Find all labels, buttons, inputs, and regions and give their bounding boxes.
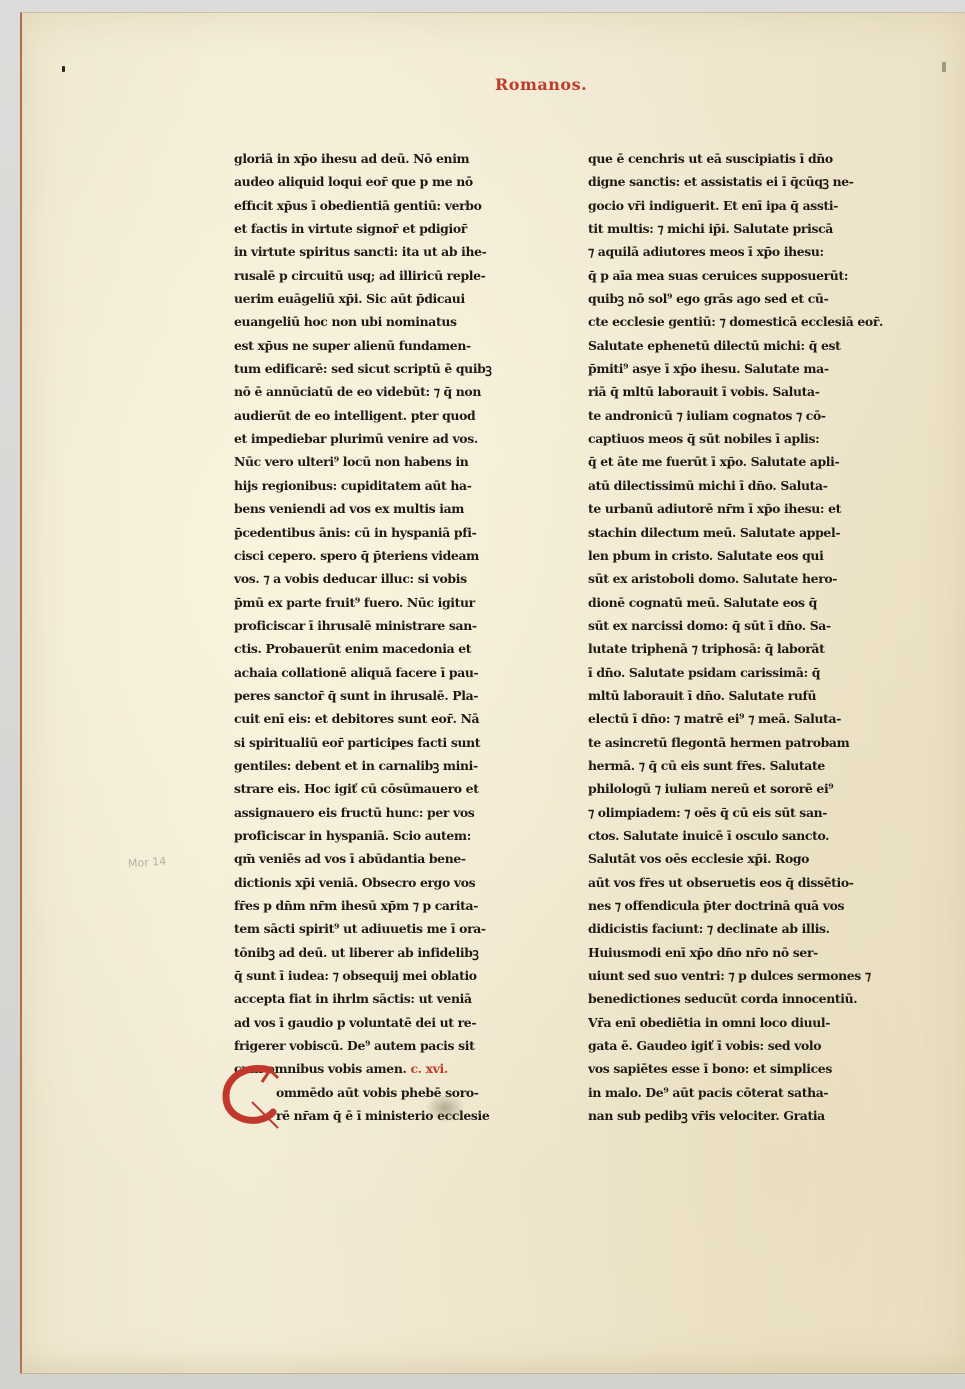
text-line: aūt vos fr̄es ut obseruetis eos q̄ dissē… — [588, 871, 888, 894]
text-line: accepta fiat in ihrlm sāctis: ut veniā — [234, 987, 522, 1010]
text-line: cte ecclesie gentiū: ⁊ domesticā ecclesi… — [588, 310, 888, 333]
text-line: tit multis: ⁊ michi ip̄i. Salutate prisc… — [588, 217, 888, 240]
text-line: proficiscar ī ihrusalē ministrare san- — [234, 614, 522, 637]
text-line: tōnibꝫ ad deū. ut liberer ab infidelibꝫ — [234, 941, 522, 964]
right-text-column: que ē cenchris ut eā suscipiatis ī dn̄od… — [588, 147, 888, 1127]
text-line: gentiles: debent et in carnalibꝫ mini- — [234, 754, 522, 777]
text-line: Salutāt vos oēs ecclesie xp̄i. Rogo — [588, 847, 888, 870]
text-line: frigerer vobiscū. De⁹ autem pacis sit — [234, 1034, 522, 1057]
text-line: tum edificarē: sed sicut scriptū ē quibꝫ — [234, 357, 522, 380]
text-line: digne sanctis: et assistatis ei ī q̄cūqꝫ… — [588, 170, 888, 193]
text-line: ⁊ olimpiadem: ⁊ oēs q̄ cū eis sūt san- — [588, 801, 888, 824]
text-line: euangeliū hoc non ubi nominatus — [234, 310, 522, 333]
text-line: hijs regionibus: cupiditatem aūt ha- — [234, 474, 522, 497]
text-line: proficiscar in hyspaniā. Scio autem: — [234, 824, 522, 847]
text-line: ⁊ aquilā adiutores meos ī xp̄o ihesu: — [588, 240, 888, 263]
text-line: Salutate ephenetū dilectū michi: q̄ est — [588, 334, 888, 357]
text-line: ī dn̄o. Salutate psidam carissimā: q̄ — [588, 661, 888, 684]
text-line: vos sapiētes esse ī bono: et simplices — [588, 1057, 888, 1080]
text-line: atū dilectissimū michi ī dn̄o. Saluta- — [588, 474, 888, 497]
text-line: vos. ⁊ a vobis deducar illuc: si vobis — [234, 567, 522, 590]
text-line: peres sanctor̄ q̄ sunt in ihrusalē. Pla- — [234, 684, 522, 707]
text-line: riā q̄ mltū laborauit ī vobis. Saluta- — [588, 380, 888, 403]
text-line: Nūc vero ulteri⁹ locū non habens in — [234, 450, 522, 473]
text-line: te asincretū flegontā hermen patrobam — [588, 731, 888, 754]
text-line: lutate triphenā ⁊ triphosā: q̄ laborāt — [588, 637, 888, 660]
text-line: philologū ⁊ iuliam nereū et sororē ei⁹ — [588, 777, 888, 800]
text-line: p̄mū ex parte fruit⁹ fuero. Nūc igitur — [234, 591, 522, 614]
running-head: Romanos. — [495, 75, 587, 94]
text-line: ctos. Salutate inuicē ī osculo sancto. — [588, 824, 888, 847]
text-line: qm̄ veniēs ad vos ī abūdantia bene- — [234, 847, 522, 870]
text-line: Huiusmodi enī xp̄o dn̄o nr̄o nō ser- — [588, 941, 888, 964]
text-line: in virtute spiritus sancti: ita ut ab ih… — [234, 240, 522, 263]
text-line: quibꝫ nō sol⁹ ego grās ago sed et cū- — [588, 287, 888, 310]
text-line: dionē cognatū meū. Salutate eos q̄ — [588, 591, 888, 614]
page-bottom-edge — [20, 1350, 965, 1372]
text-line: q̄ sunt ī iudea: ⁊ obsequij mei oblatio — [234, 964, 522, 987]
text-line: et factis in virtute signor̄ et pdigior̄ — [234, 217, 522, 240]
text-line: dictionis xp̄i veniā. Obsecro ergo vos — [234, 871, 522, 894]
text-line: strare eis. Hoc igiť cū cōsūmauero et — [234, 777, 522, 800]
text-line: p̄cedentibus ānis: cū in hyspaniā pfi- — [234, 521, 522, 544]
left-text-column: gloriā in xp̄o ihesu ad deū. Nō enimaude… — [234, 147, 522, 1127]
text-line: est xp̄us ne super alienū fundamen- — [234, 334, 522, 357]
text-line: in malo. De⁹ aūt pacis cōterat satha- — [588, 1081, 888, 1104]
text-line: gocio vr̄i indiguerit. Et enī ipa q̄ ass… — [588, 194, 888, 217]
text-line: q̄ et āte me fuerūt ī xp̄o. Salutate apl… — [588, 450, 888, 473]
text-line: sūt ex aristoboli domo. Salutate hero- — [588, 567, 888, 590]
text-line: cuit enī eis: et debitores sunt eor̄. Nā — [234, 707, 522, 730]
text-line: gata ē. Gaudeo igiť ī vobis: sed volo — [588, 1034, 888, 1057]
text-line: assignauero eis fructū hunc: per vos — [234, 801, 522, 824]
text-line: ad vos ī gaudio p voluntatē dei ut re- — [234, 1011, 522, 1034]
text-line: si spiritualiū eor̄ participes facti sun… — [234, 731, 522, 754]
text-line: bens veniendi ad vos ex multis iam — [234, 497, 522, 520]
text-line: electū ī dn̄o: ⁊ matrē ei⁹ ⁊ meā. Saluta… — [588, 707, 888, 730]
text-line: q̄ p aīa mea suas ceruices supposuerūt: — [588, 264, 888, 287]
margin-ink-mark — [942, 62, 946, 72]
text-line: ctis. Probauerūt enim macedonia et — [234, 637, 522, 660]
text-line: sūt ex narcissi domo: q̄ sūt ī dn̄o. Sa- — [588, 614, 888, 637]
text-line: nan sub pedibꝫ vr̄is velociter. Gratia — [588, 1104, 888, 1127]
folio-mark — [62, 66, 65, 72]
page-stain — [425, 1093, 465, 1123]
pencil-margin-note: Mor 14 — [128, 855, 167, 871]
chapter-marker: c. xvi. — [410, 1061, 447, 1076]
text-line: Vr̄a enī obediētia in omni loco diuul- — [588, 1011, 888, 1034]
text-line: p̄miti⁹ asye ī xp̄o ihesu. Salutate ma- — [588, 357, 888, 380]
text-line: effıcit xp̄us ī obedientiā gentiū: verbo — [234, 194, 522, 217]
text-line: audeo aliquid loqui eor̄ que p me nō — [234, 170, 522, 193]
text-line: uerim euāgeliū xp̄i. Sic aūt p̄dicaui — [234, 287, 522, 310]
rubricated-initial-c-icon — [218, 1062, 286, 1132]
text-line: hermā. ⁊ q̄ cū eis sunt fr̄es. Salutate — [588, 754, 888, 777]
text-line: tem sācti spirit⁹ ut adiuuetis me ī ora- — [234, 917, 522, 940]
text-line: fr̄es p dn̄m nr̄m ihesū xp̄m ⁊ p carita- — [234, 894, 522, 917]
text-line: te urbanū adiutorē nr̄m ī xp̄o ihesu: et — [588, 497, 888, 520]
text-line: gloriā in xp̄o ihesu ad deū. Nō enim — [234, 147, 522, 170]
text-line: que ē cenchris ut eā suscipiatis ī dn̄o — [588, 147, 888, 170]
text-line: didicistis faciunt: ⁊ declinate ab illis… — [588, 917, 888, 940]
text-line: stachin dilectum meū. Salutate appel- — [588, 521, 888, 544]
text-line: et impediebar plurimū venire ad vos. — [234, 427, 522, 450]
text-line: uiunt sed suo ventri: ⁊ p dulces sermone… — [588, 964, 888, 987]
text-line: len pbum in cristo. Salutate eos qui — [588, 544, 888, 567]
text-line: nes ⁊ offendicula p̄ter doctrinā quā vos — [588, 894, 888, 917]
text-line: achaia collationē aliquā facere ī pau- — [234, 661, 522, 684]
text-line: benedictiones seducūt corda innocentiū. — [588, 987, 888, 1010]
text-line: captiuos meos q̄ sūt nobiles ī aplis: — [588, 427, 888, 450]
text-line: mltū laborauit ī dn̄o. Salutate rufū — [588, 684, 888, 707]
text-line: nō ē annūciatū de eo videbūt: ⁊ q̄ non — [234, 380, 522, 403]
text-line: audierūt de eo intelligent. pter quod — [234, 404, 522, 427]
text-line: cisci cepero. spero q̄ p̄teriens videam — [234, 544, 522, 567]
text-line: rusalē p circuitū usq; ad illiricū reple… — [234, 264, 522, 287]
text-line: te andronicū ⁊ iuliam cognatos ⁊ cō- — [588, 404, 888, 427]
